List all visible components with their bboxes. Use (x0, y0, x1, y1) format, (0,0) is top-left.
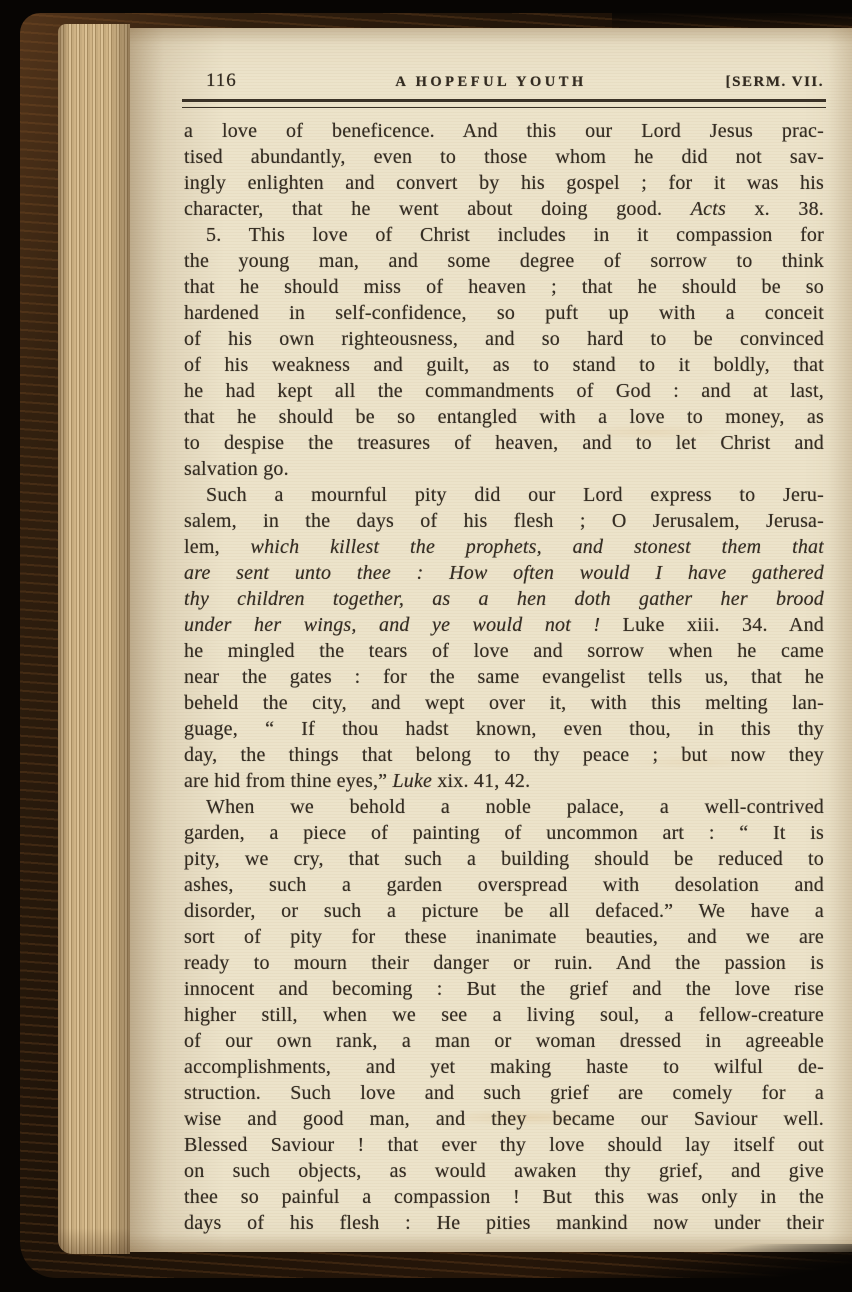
text-run: of our own rank, a man or woman dressed … (184, 1030, 824, 1052)
text-line: salvation go. (184, 456, 824, 482)
italic-text-run: under her wings, and ye would not ! (184, 614, 600, 636)
text-run: Blessed Saviour ! that ever thy love sho… (184, 1134, 824, 1156)
text-run: wise and good man, and they became our S… (184, 1108, 824, 1130)
text-run: days of his flesh : He pities mankind no… (184, 1212, 824, 1234)
italic-text-run: thy children together, as a hen doth gat… (184, 588, 824, 610)
text-run: disorder, or such a picture be all defac… (184, 900, 824, 922)
text-line: the young man, and some degree of sorrow… (184, 248, 824, 274)
text-line: tised abundantly, even to those whom he … (184, 144, 824, 170)
text-line: are sent unto thee : How often would I h… (184, 560, 824, 586)
photo-shadow-bottom-right (572, 1244, 852, 1292)
text-line: garden, a piece of painting of uncommon … (184, 820, 824, 846)
text-run: Luke xiii. 34. And (600, 614, 824, 636)
book-page: 116 A HOPEFUL YOUTH [SERM. VII. a love o… (130, 28, 852, 1252)
text-run: lem, (184, 536, 251, 558)
text-line: salem, in the days of his flesh ; O Jeru… (184, 508, 824, 534)
text-line: near the gates : for the same evangelist… (184, 664, 824, 690)
text-run: garden, a piece of painting of uncommon … (184, 822, 824, 844)
text-line: of our own rank, a man or woman dressed … (184, 1028, 824, 1054)
text-run: day, the things that belong to thy peace… (184, 744, 824, 766)
page-number: 116 (184, 70, 318, 92)
text-line: accomplishments, and yet making haste to… (184, 1054, 824, 1080)
text-line: thee so painful a compassion ! But this … (184, 1184, 824, 1210)
text-line: of his weakness and guilt, as to stand t… (184, 352, 824, 378)
photo-background: 116 A HOPEFUL YOUTH [SERM. VII. a love o… (0, 0, 852, 1292)
text-line: are hid from thine eyes,” Luke xix. 41, … (184, 768, 824, 794)
text-run: struction. Such love and such grief are … (184, 1082, 824, 1104)
text-run: the young man, and some degree of sorrow… (184, 250, 824, 272)
text-line: day, the things that belong to thy peace… (184, 742, 824, 768)
text-run: that he should be so entangled with a lo… (184, 406, 824, 428)
text-run: Such a mournful pity did our Lord expres… (206, 484, 824, 506)
text-run: thee so painful a compassion ! But this … (184, 1186, 824, 1208)
text-run: When we behold a noble palace, a well-co… (206, 796, 824, 818)
italic-text-run: Acts (691, 198, 726, 220)
section-label: [SERM. VII. (664, 74, 824, 91)
italic-text-run: are sent unto thee : How often would I h… (184, 562, 824, 584)
text-line: lem, which killest the prophets, and sto… (184, 534, 824, 560)
text-run: tised abundantly, even to those whom he … (184, 146, 824, 168)
italic-text-run: Luke (392, 770, 432, 792)
text-run: accomplishments, and yet making haste to… (184, 1056, 824, 1078)
text-line: sort of pity for these inanimate beautie… (184, 924, 824, 950)
text-run: near the gates : for the same evangelist… (184, 666, 824, 688)
text-line: character, that he went about doing good… (184, 196, 824, 222)
text-line: beheld the city, and wept over it, with … (184, 690, 824, 716)
page-edges (58, 24, 130, 1254)
text-run: are hid from thine eyes,” (184, 770, 392, 792)
text-line: struction. Such love and such grief are … (184, 1080, 824, 1106)
text-run: pity, we cry, that such a building shoul… (184, 848, 824, 870)
text-line: ready to mourn their danger or ruin. And… (184, 950, 824, 976)
page-header: 116 A HOPEFUL YOUTH [SERM. VII. (184, 70, 824, 92)
text-run: he had kept all the commandments of God … (184, 380, 824, 402)
text-line: wise and good man, and they became our S… (184, 1106, 824, 1132)
text-line: to despise the treasures of heaven, and … (184, 430, 824, 456)
text-line: ashes, such a garden overspread with des… (184, 872, 824, 898)
text-run: ashes, such a garden overspread with des… (184, 874, 824, 896)
text-run: sort of pity for these inanimate beautie… (184, 926, 824, 948)
text-line: he had kept all the commandments of God … (184, 378, 824, 404)
text-line: Such a mournful pity did our Lord expres… (184, 482, 824, 508)
text-run: hardened in self-confidence, so puft up … (184, 302, 824, 324)
text-line: he mingled the tears of love and sorrow … (184, 638, 824, 664)
running-title: A HOPEFUL YOUTH (318, 74, 664, 91)
text-run: on such objects, as would awaken thy gri… (184, 1160, 824, 1182)
italic-text-run: which killest the prophets, and stonest … (251, 536, 824, 558)
text-run: beheld the city, and wept over it, with … (184, 692, 824, 714)
text-run: salem, in the days of his flesh ; O Jeru… (184, 510, 824, 532)
text-line: on such objects, as would awaken thy gri… (184, 1158, 824, 1184)
text-line: ingly enlighten and convert by his gospe… (184, 170, 824, 196)
photo-shadow-top-right (612, 0, 852, 32)
text-line: of his own righteousness, and so hard to… (184, 326, 824, 352)
text-line: a love of beneficence. And this our Lord… (184, 118, 824, 144)
header-rule (182, 99, 826, 108)
text-run: he mingled the tears of love and sorrow … (184, 640, 824, 662)
text-line: under her wings, and ye would not ! Luke… (184, 612, 824, 638)
text-run: of his own righteousness, and so hard to… (184, 328, 824, 350)
text-line: innocent and becoming : But the grief an… (184, 976, 824, 1002)
text-line: disorder, or such a picture be all defac… (184, 898, 824, 924)
text-run: to despise the treasures of heaven, and … (184, 432, 824, 454)
text-run: character, that he went about doing good… (184, 198, 691, 220)
text-run: ready to mourn their danger or ruin. And… (184, 952, 824, 974)
text-line: days of his flesh : He pities mankind no… (184, 1210, 824, 1236)
text-run: guage, “ If thou hadst known, even thou,… (184, 718, 824, 740)
text-line: pity, we cry, that such a building shoul… (184, 846, 824, 872)
text-run: ingly enlighten and convert by his gospe… (184, 172, 824, 194)
text-line: higher still, when we see a living soul,… (184, 1002, 824, 1028)
text-line: that he should miss of heaven ; that he … (184, 274, 824, 300)
text-run: xix. 41, 42. (432, 770, 530, 792)
text-line: Blessed Saviour ! that ever thy love sho… (184, 1132, 824, 1158)
text-line: 5. This love of Christ includes in it co… (184, 222, 824, 248)
text-line: When we behold a noble palace, a well-co… (184, 794, 824, 820)
text-run: of his weakness and guilt, as to stand t… (184, 354, 824, 376)
text-run: innocent and becoming : But the grief an… (184, 978, 824, 1000)
text-run: higher still, when we see a living soul,… (184, 1004, 824, 1026)
text-line: thy children together, as a hen doth gat… (184, 586, 824, 612)
text-line: hardened in self-confidence, so puft up … (184, 300, 824, 326)
text-run: a love of beneficence. And this our Lord… (184, 120, 824, 142)
text-run: 5. This love of Christ includes in it co… (206, 224, 824, 246)
text-run: that he should miss of heaven ; that he … (184, 276, 824, 298)
text-line: guage, “ If thou hadst known, even thou,… (184, 716, 824, 742)
text-line: that he should be so entangled with a lo… (184, 404, 824, 430)
text-run: salvation go. (184, 458, 289, 480)
page-body: a love of beneficence. And this our Lord… (184, 118, 824, 1236)
text-run: x. 38. (726, 198, 824, 220)
